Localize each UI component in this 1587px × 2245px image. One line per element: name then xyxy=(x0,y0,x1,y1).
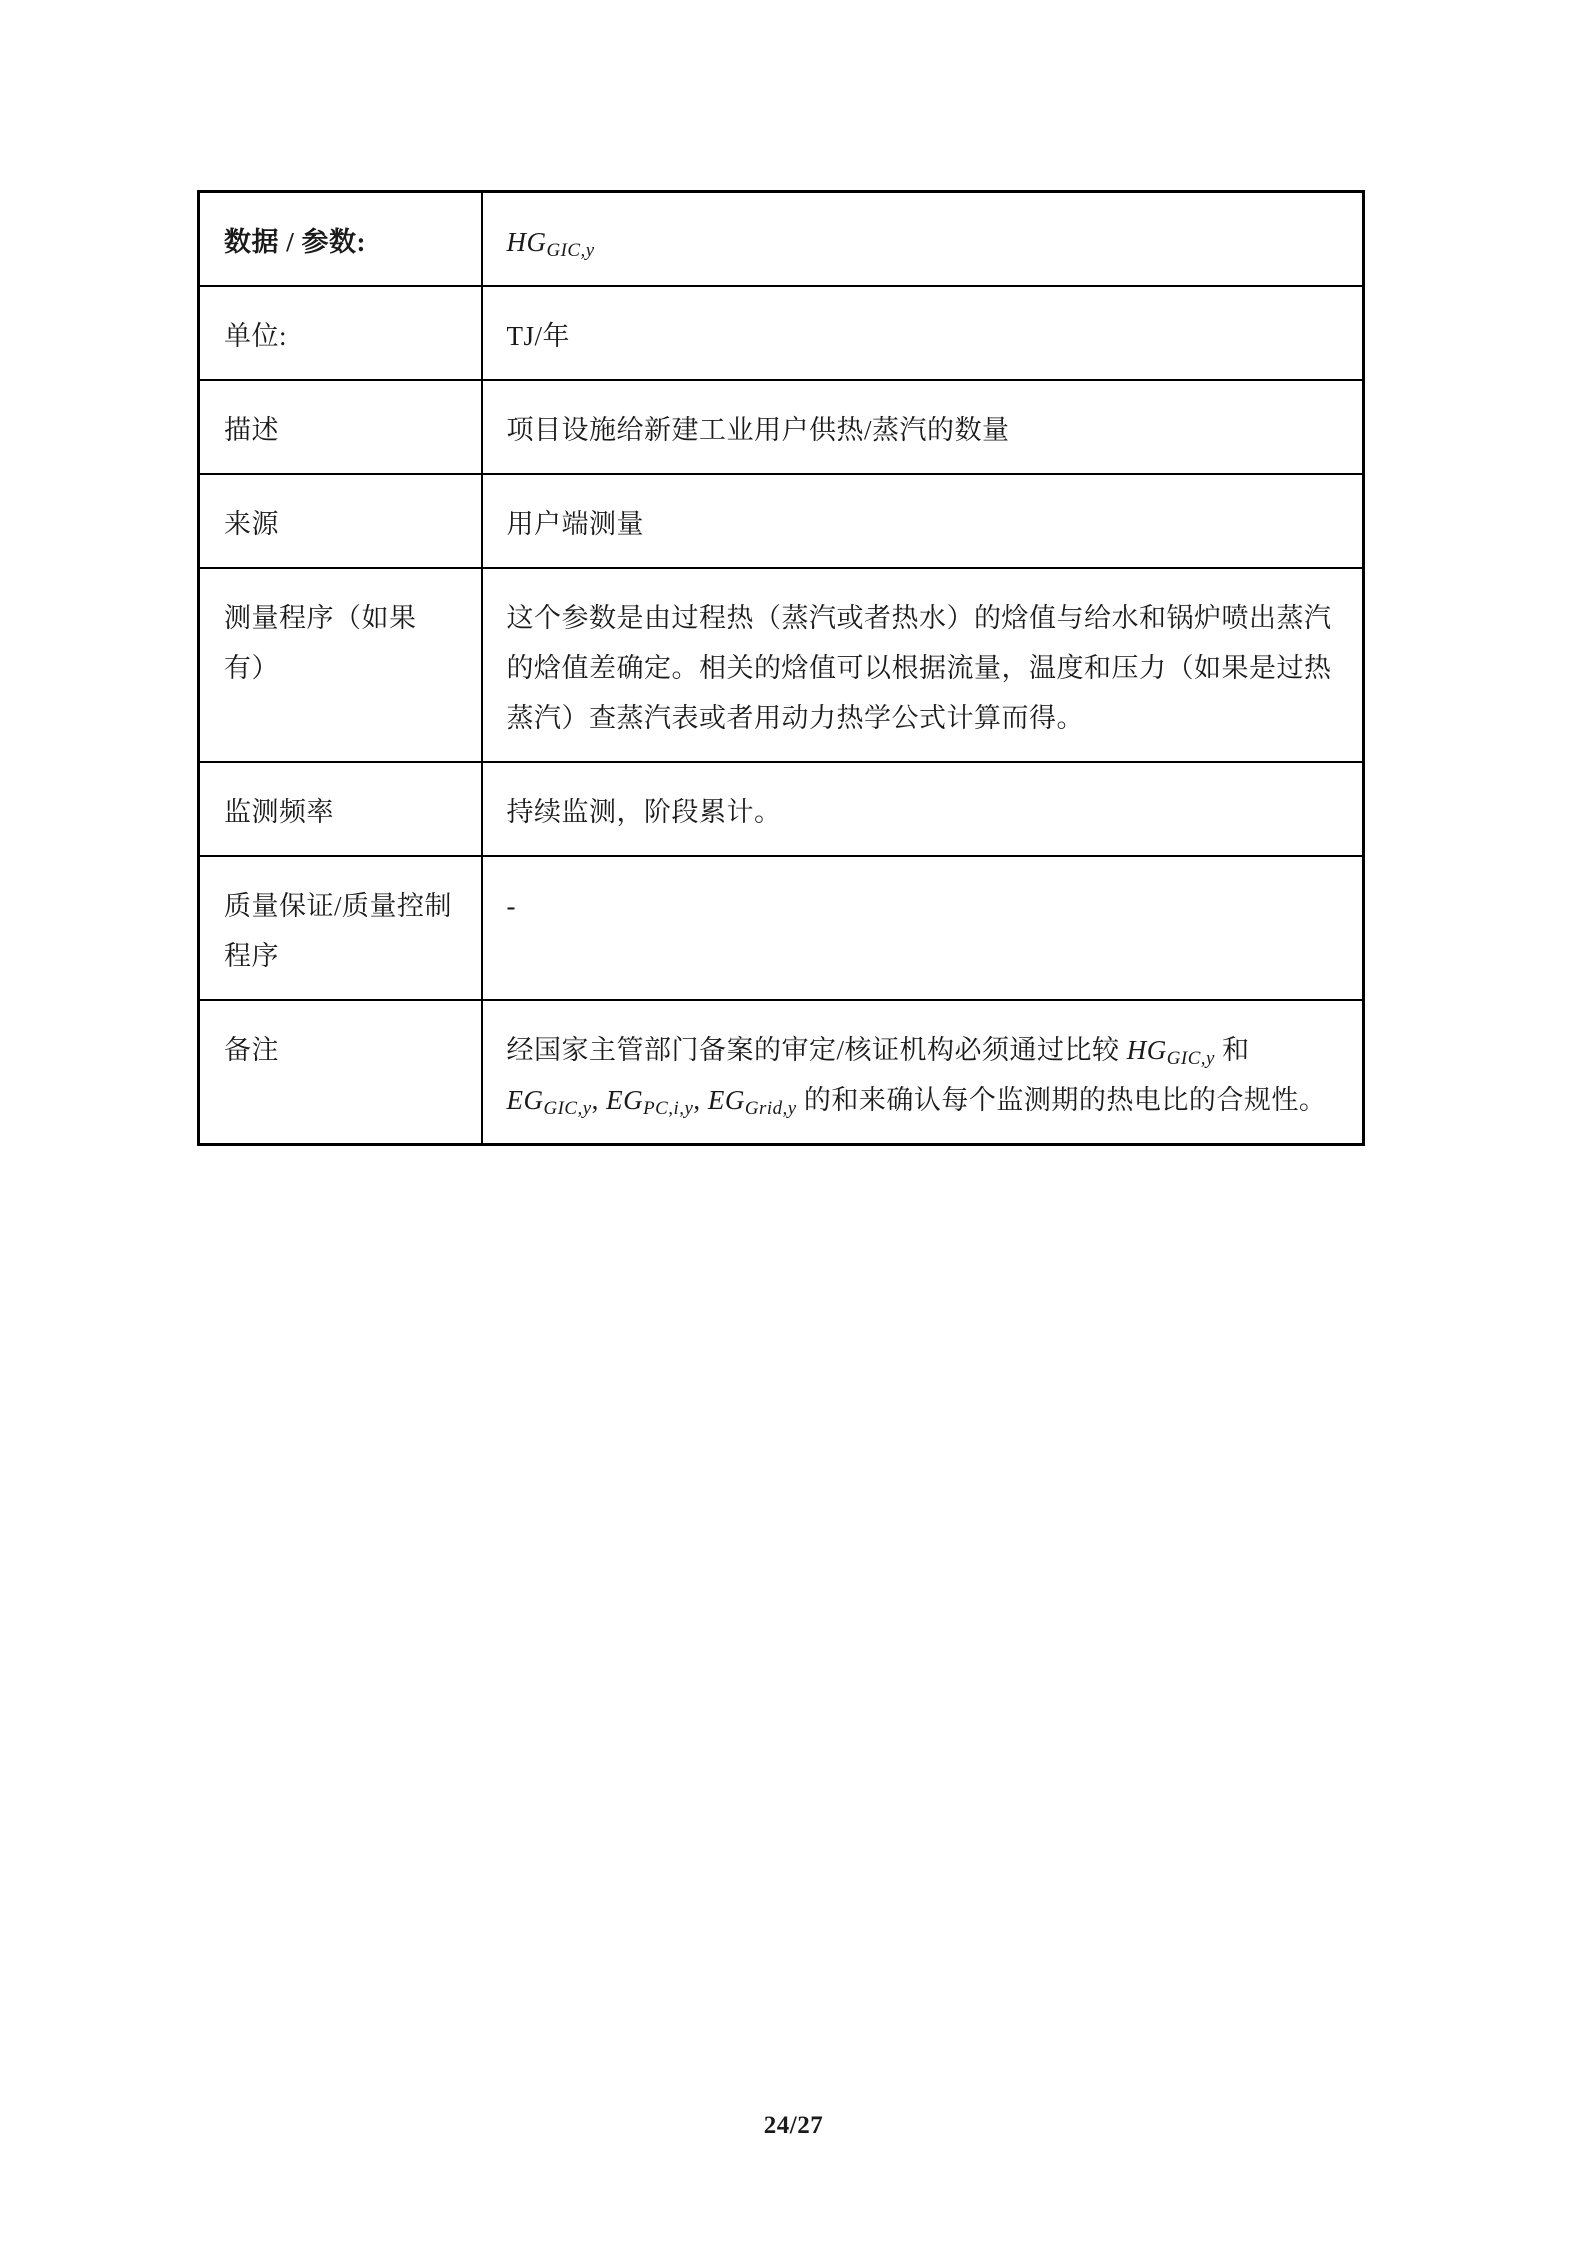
row-label-monitoring-frequency: 监测频率 xyxy=(199,762,482,856)
row-value-source: 用户端测量 xyxy=(482,474,1364,568)
row-value-qa-qc: - xyxy=(482,856,1364,1000)
row-value-description: 项目设施给新建工业用户供热/蒸汽的数量 xyxy=(482,380,1364,474)
formula-symbol: HGGIC,y xyxy=(507,227,595,257)
table-row-source: 来源 用户端测量 xyxy=(199,474,1364,568)
table-row-remark: 备注 经国家主管部门备案的审定/核证机构必须通过比较 HGGIC,y 和 EGG… xyxy=(199,1000,1364,1145)
row-label-measurement-procedure: 测量程序（如果有） xyxy=(199,568,482,762)
formula-symbol: EGGrid,y xyxy=(708,1085,797,1115)
row-value-data-parameter: HGGIC,y xyxy=(482,192,1364,287)
row-value-remark: 经国家主管部门备案的审定/核证机构必须通过比较 HGGIC,y 和 EGGIC,… xyxy=(482,1000,1364,1145)
row-value-measurement-procedure: 这个参数是由过程热（蒸汽或者热水）的焓值与给水和锅炉喷出蒸汽的焓值差确定。相关的… xyxy=(482,568,1364,762)
table-row-qa-qc: 质量保证/质量控制程序 - xyxy=(199,856,1364,1000)
table-row-monitoring-frequency: 监测频率 持续监测，阶段累计。 xyxy=(199,762,1364,856)
table-row-measurement-procedure: 测量程序（如果有） 这个参数是由过程热（蒸汽或者热水）的焓值与给水和锅炉喷出蒸汽… xyxy=(199,568,1364,762)
page-number: 24/27 xyxy=(0,2112,1587,2140)
row-label-description: 描述 xyxy=(199,380,482,474)
row-label-source: 来源 xyxy=(199,474,482,568)
row-label-remark: 备注 xyxy=(199,1000,482,1145)
table-row-unit: 单位: TJ/年 xyxy=(199,286,1364,380)
row-value-unit: TJ/年 xyxy=(482,286,1364,380)
table-row-data-parameter: 数据 / 参数: HGGIC,y xyxy=(199,192,1364,287)
formula-symbol: HGGIC,y xyxy=(1127,1035,1215,1065)
row-label-qa-qc: 质量保证/质量控制程序 xyxy=(199,856,482,1000)
row-label-data-parameter: 数据 / 参数: xyxy=(199,192,482,287)
document-page: 数据 / 参数: HGGIC,y 单位: TJ/年 描述 项目设施给新建工业用户… xyxy=(0,0,1587,2245)
row-value-monitoring-frequency: 持续监测，阶段累计。 xyxy=(482,762,1364,856)
parameter-formula: HGGIC,y xyxy=(507,227,595,257)
formula-symbol: EGPC,i,y xyxy=(606,1085,693,1115)
row-label-unit: 单位: xyxy=(199,286,482,380)
table-row-description: 描述 项目设施给新建工业用户供热/蒸汽的数量 xyxy=(199,380,1364,474)
formula-symbol: EGGIC,y xyxy=(507,1085,592,1115)
remark-text: 经国家主管部门备案的审定/核证机构必须通过比较 HGGIC,y 和 EGGIC,… xyxy=(507,1035,1327,1115)
parameter-table: 数据 / 参数: HGGIC,y 单位: TJ/年 描述 项目设施给新建工业用户… xyxy=(197,190,1365,1146)
